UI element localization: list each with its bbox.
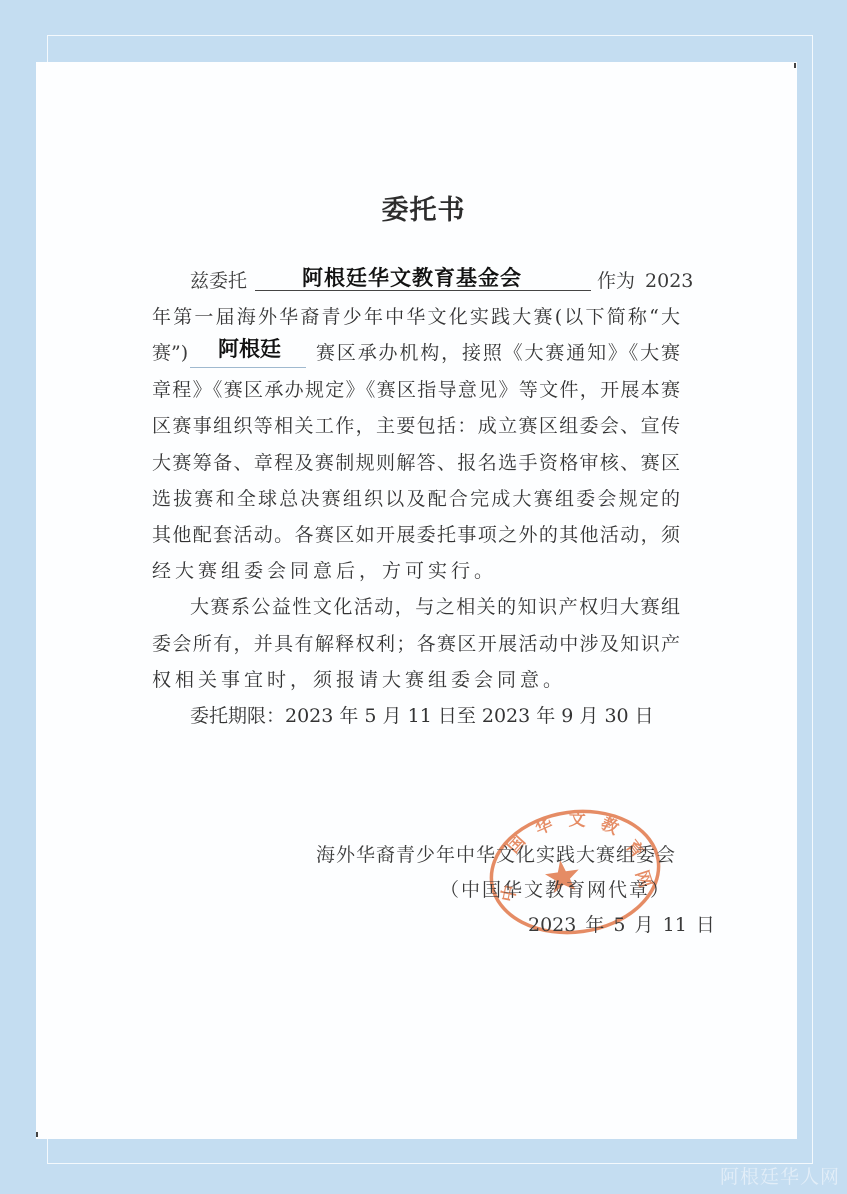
paragraph1-line6: 大赛筹备、章程及赛制规则解答、报名选手资格审核、赛区 — [152, 448, 680, 478]
region-name: 阿根廷 — [218, 334, 281, 364]
entrust-line3-prefix: 赛”) — [152, 338, 188, 368]
scan-mark — [794, 63, 796, 68]
paragraph1-line2: 年第一届海外华裔青少年中华文化实践大赛(以下简称“大 — [152, 302, 680, 332]
entrusted-organization: 阿根廷华文教育基金会 — [302, 263, 522, 293]
paragraph1-line5: 区赛事组织等相关工作，主要包括：成立赛区组委会、宣传 — [152, 411, 680, 441]
paragraph1-line4: 章程》《赛区承办规定》《赛区指导意见》等文件，开展本赛 — [152, 375, 680, 405]
paragraph1-line8: 其他配套活动。各赛区如开展委托事项之外的其他活动，须 — [152, 520, 680, 550]
stamp-note: （中国华文教育网代章） — [440, 875, 671, 905]
paragraph2-line3: 权相关事宜时，须报请大赛组委会同意。 — [152, 665, 680, 695]
paragraph1-line3: 赛区承办机构，接照《大赛通知》《大赛 — [316, 338, 680, 368]
entrustment-term: 委托期限：2023 年 5 月 11 日至 2023 年 9 月 30 日 — [190, 701, 660, 731]
issue-date: 2023 年 5 月 11 日 — [528, 910, 715, 940]
paragraph2-line2: 委会所有，并具有解释权利；各赛区开展活动中涉及知识产 — [152, 629, 680, 659]
paragraph2-line1: 大赛系公益性文化活动，与之相关的知识产权归大赛组 — [190, 592, 680, 622]
scan-mark — [36, 1132, 38, 1137]
issuing-organization: 海外华裔青少年中华文化实践大赛组委会 — [316, 840, 676, 870]
entrust-line1-suffix: 作为 2023 — [597, 266, 693, 296]
svg-text:文: 文 — [568, 809, 586, 831]
paragraph1-line7: 选拔赛和全球总决赛组织以及配合完成大赛组委会规定的 — [152, 484, 680, 514]
fill-underline — [190, 367, 306, 368]
document-title: 委托书 — [0, 188, 847, 227]
entrust-prefix: 兹委托 — [190, 266, 247, 296]
site-watermark: 阿根廷华人网 — [720, 1162, 840, 1189]
paragraph1-line9: 经大赛组委会同意后，方可实行。 — [152, 556, 680, 586]
